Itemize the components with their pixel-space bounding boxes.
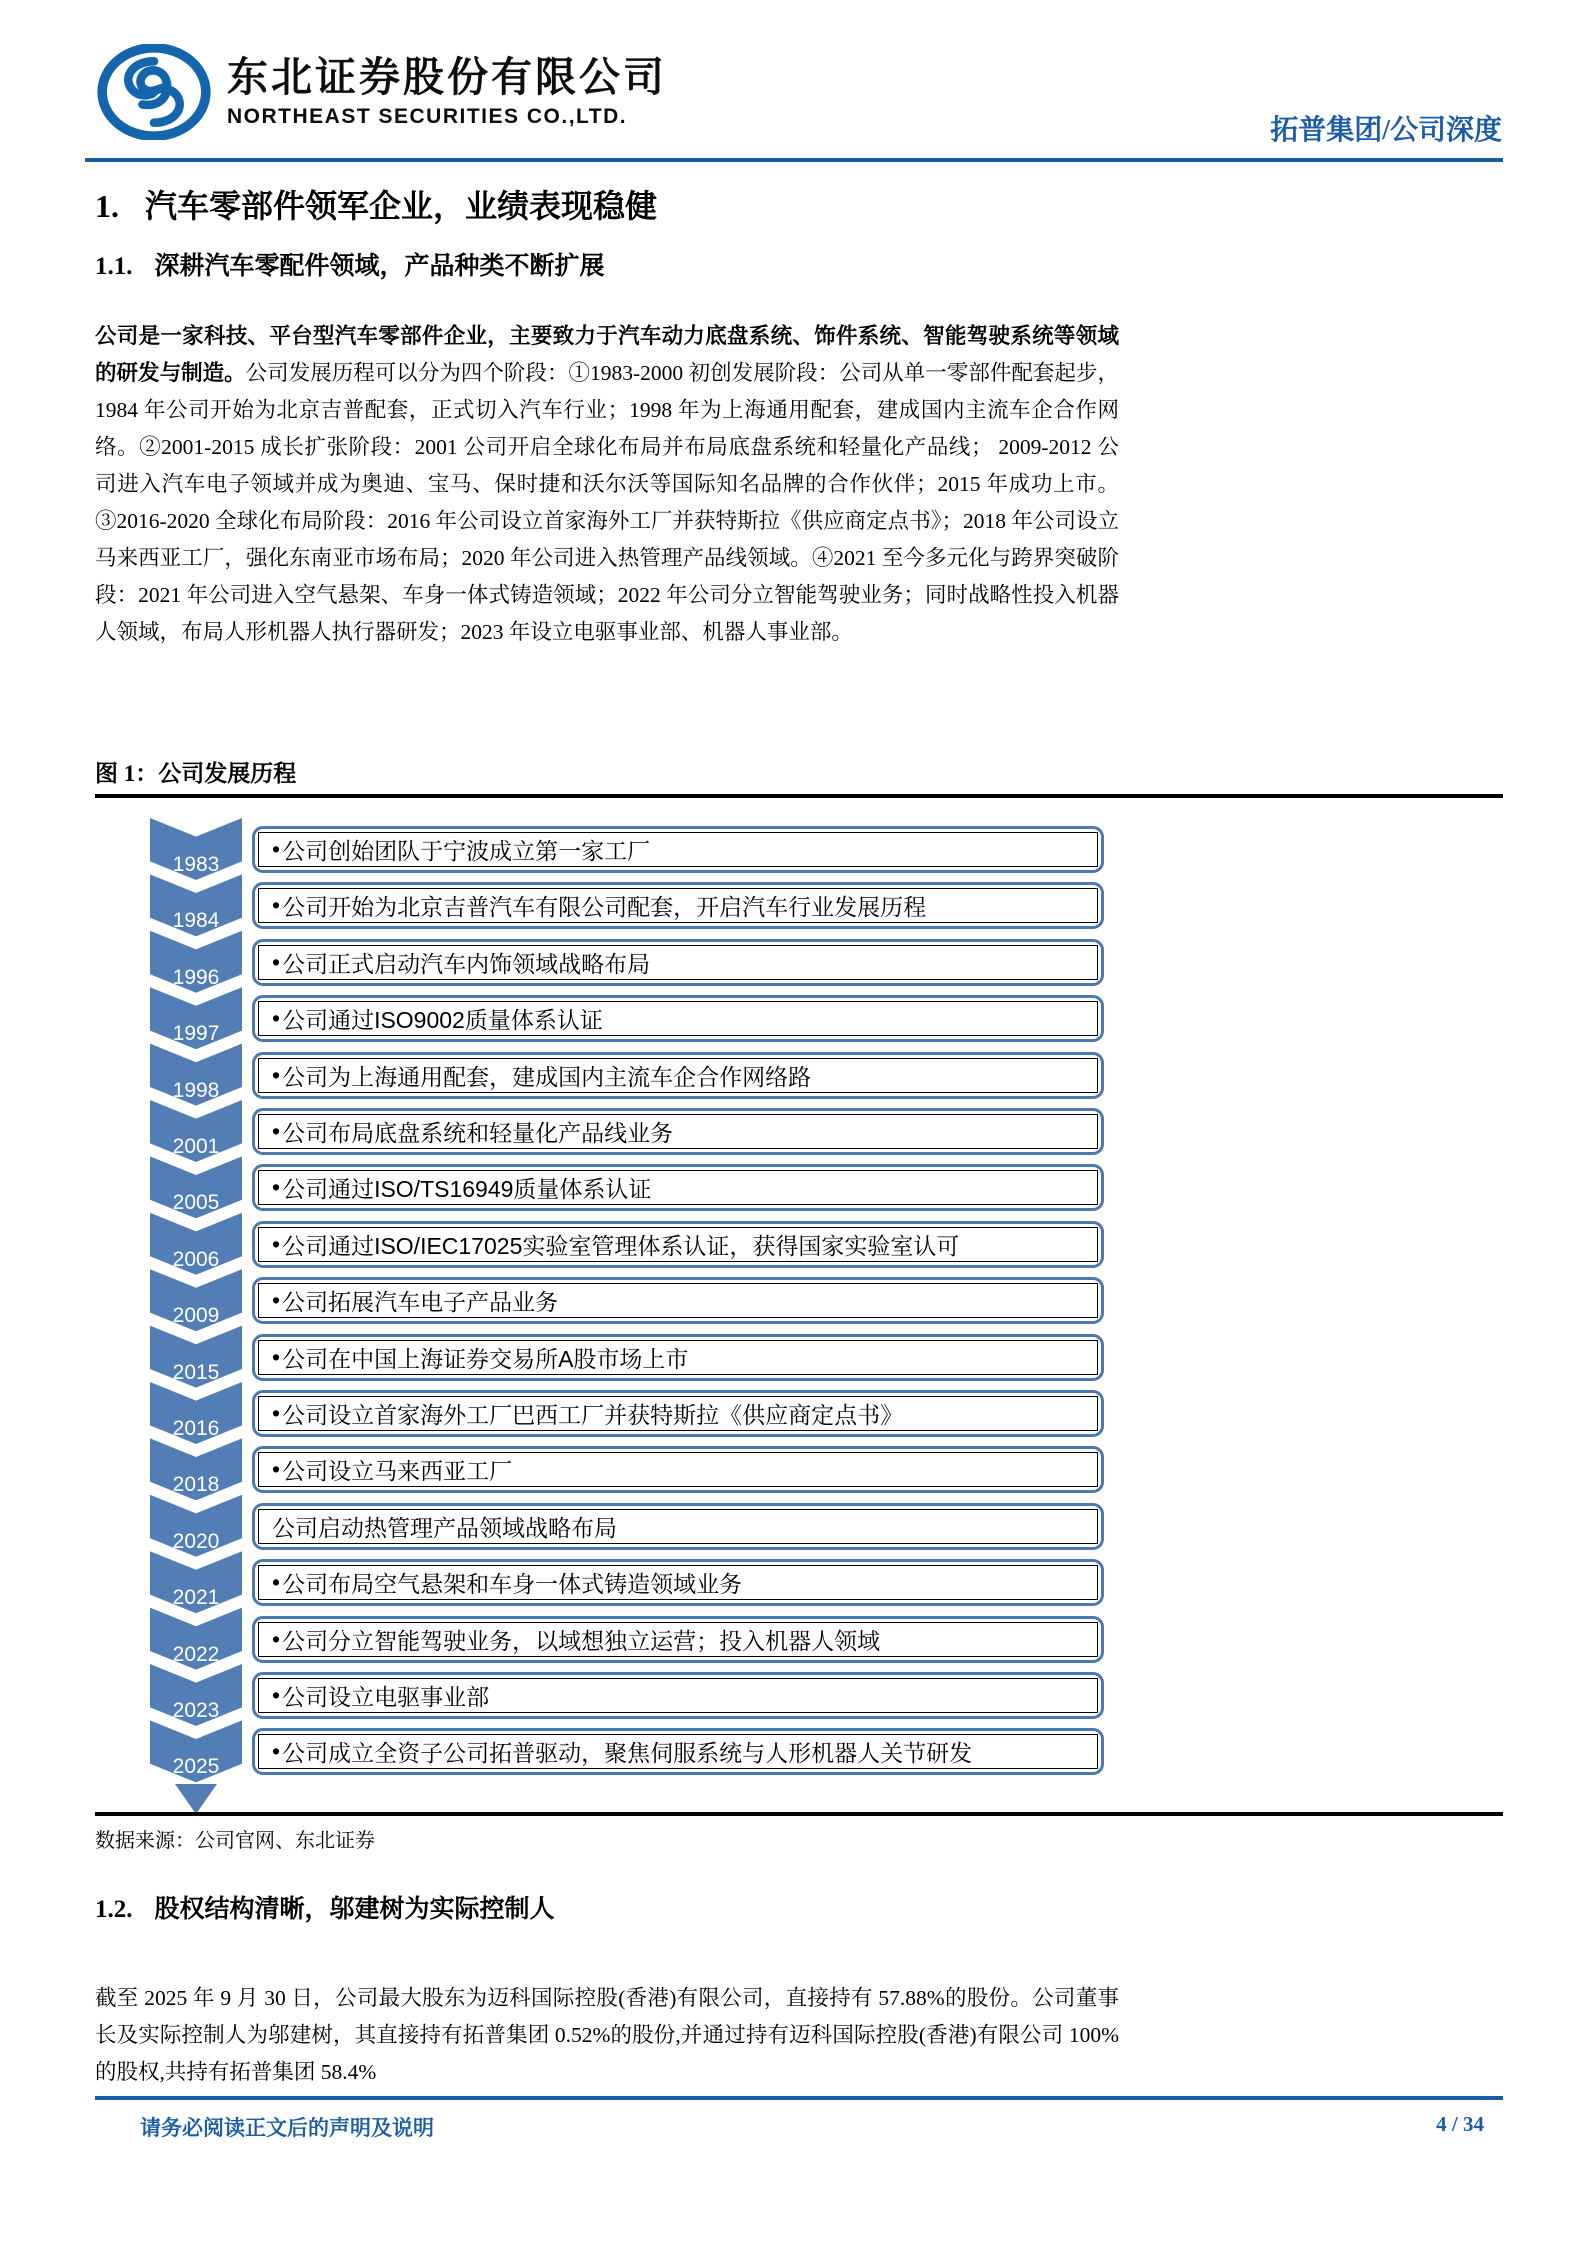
section-1-2-number: 1.2.: [95, 1896, 133, 1923]
bullet-dot: •: [272, 1344, 280, 1371]
logo-text: 东北证券股份有限公司 NORTHEAST SECURITIES CO.,LTD.: [227, 55, 667, 128]
timeline-year-chevron: 1984: [150, 874, 242, 936]
bullet-dot: •: [272, 1400, 280, 1427]
timeline-item-box: •公司为上海通用配套，建成国内主流车企合作网络路: [252, 1052, 1104, 1099]
timeline-event-label: 公司通过ISO9002质量体系认证: [282, 1002, 603, 1035]
timeline-item-box: •公司在中国上海证券交易所A股市场上市: [252, 1334, 1104, 1381]
bullet-dot: •: [272, 1626, 280, 1653]
timeline-year-chevron: 2018: [150, 1438, 242, 1500]
timeline-year-chevron: 2022: [150, 1608, 242, 1670]
report-page: 东北证券股份有限公司 NORTHEAST SECURITIES CO.,LTD.…: [0, 0, 1588, 2245]
bullet-dot: •: [272, 1287, 280, 1314]
timeline-item-box: •公司开始为北京吉普汽车有限公司配套，开启汽车行业发展历程: [252, 882, 1104, 929]
intro-paragraph: 公司是一家科技、平台型汽车零部件企业，主要致力于汽车动力底盘系统、饰件系统、智能…: [95, 318, 1119, 651]
data-source-note: 数据来源：公司官网、东北证券: [95, 1824, 375, 1853]
timeline-item-text: •公司通过ISO/TS16949质量体系认证: [258, 1170, 1098, 1205]
timeline-item-text: •公司在中国上海证券交易所A股市场上市: [258, 1340, 1098, 1375]
bullet-dot: •: [272, 892, 280, 919]
timeline-item-box: •公司布局底盘系统和轻量化产品线业务: [252, 1108, 1104, 1155]
bullet-dot: •: [272, 836, 280, 863]
timeline-year-chevron: 2023: [150, 1664, 242, 1726]
timeline-year-chevron: 1997: [150, 987, 242, 1049]
timeline-year-label: 1998: [150, 1079, 242, 1103]
bullet-dot: •: [272, 1569, 280, 1596]
timeline-year-label: 2006: [150, 1248, 242, 1272]
timeline-year-label: 2018: [150, 1473, 242, 1497]
bullet-dot: •: [272, 1738, 280, 1765]
timeline-item-text: •公司通过ISO/IEC17025实验室管理体系认证，获得国家实验室认可: [258, 1227, 1098, 1262]
timeline-year-chevron: 2009: [150, 1269, 242, 1331]
timeline-item-text: •公司布局空气悬架和车身一体式铸造领域业务: [258, 1565, 1098, 1600]
timeline-event-label: 公司设立首家海外工厂巴西工厂并获特斯拉《供应商定点书》: [282, 1397, 903, 1430]
timeline-item-text: 公司启动热管理产品领域战略布局: [258, 1509, 1098, 1544]
timeline-year-chevron: 2025: [150, 1720, 242, 1782]
timeline-item-box: •公司通过ISO9002质量体系认证: [252, 995, 1104, 1042]
company-logo: 东北证券股份有限公司 NORTHEAST SECURITIES CO.,LTD.: [95, 44, 667, 140]
timeline-item-text: •公司通过ISO9002质量体系认证: [258, 1001, 1098, 1036]
timeline-year-label: 2025: [150, 1755, 242, 1779]
timeline-event-label: 公司成立全资子公司拓普驱动，聚焦伺服系统与人形机器人关节研发: [282, 1735, 972, 1768]
timeline-item-box: •公司创始团队于宁波成立第一家工厂: [252, 826, 1104, 873]
company-name-en: NORTHEAST SECURITIES CO.,LTD.: [227, 105, 667, 129]
timeline-event-label: 公司在中国上海证券交易所A股市场上市: [282, 1341, 688, 1374]
timeline-year-chevron: 1996: [150, 931, 242, 993]
bullet-dot: •: [272, 1005, 280, 1032]
timeline-item-box: 公司启动热管理产品领域战略布局: [252, 1503, 1104, 1550]
timeline-year-chevron: 2020: [150, 1495, 242, 1557]
timeline-item-text: •公司创始团队于宁波成立第一家工厂: [258, 832, 1098, 867]
timeline-item-box: •公司通过ISO/TS16949质量体系认证: [252, 1164, 1104, 1211]
figure-bottom-divider: [95, 1812, 1503, 1816]
figure-1-caption: 图 1：公司发展历程: [95, 755, 296, 788]
timeline-event-label: 公司设立电驱事业部: [282, 1679, 489, 1712]
timeline-year-chevron: 1998: [150, 1044, 242, 1106]
timeline-year-label: 1984: [150, 909, 242, 933]
timeline-item-text: •公司正式启动汽车内饰领域战略布局: [258, 945, 1098, 980]
timeline-year-chevron: 2005: [150, 1156, 242, 1218]
timeline-item-box: •公司分立智能驾驶业务，以域想独立运营；投入机器人领域: [252, 1616, 1104, 1663]
timeline-event-label: 公司设立马来西亚工厂: [282, 1453, 512, 1486]
timeline-year-chevron: 2015: [150, 1326, 242, 1388]
timeline-event-label: 公司正式启动汽车内饰领域战略布局: [282, 946, 650, 979]
section-1-1-title: 深耕汽车零配件领域，产品种类不断扩展: [155, 253, 605, 280]
timeline-item-box: •公司通过ISO/IEC17025实验室管理体系认证，获得国家实验室认可: [252, 1221, 1104, 1268]
timeline-year-label: 2022: [150, 1643, 242, 1667]
timeline-item-box: •公司成立全资子公司拓普驱动，聚焦伺服系统与人形机器人关节研发: [252, 1728, 1104, 1775]
timeline-item-text: •公司布局底盘系统和轻量化产品线业务: [258, 1114, 1098, 1149]
figure-caption-underline: [95, 794, 1503, 798]
timeline-year-label: 2009: [150, 1304, 242, 1328]
section-1-2-title: 股权结构清晰，邬建树为实际控制人: [155, 1896, 555, 1923]
timeline-item-text: •公司成立全资子公司拓普驱动，聚焦伺服系统与人形机器人关节研发: [258, 1734, 1098, 1769]
timeline-end-arrow-icon: [175, 1784, 217, 1814]
timeline-year-label: 2021: [150, 1586, 242, 1610]
timeline-year-label: 1997: [150, 1022, 242, 1046]
development-timeline: 1983•公司创始团队于宁波成立第一家工厂1984•公司开始为北京吉普汽车有限公…: [150, 821, 1112, 1816]
timeline-item-box: •公司布局空气悬架和车身一体式铸造领域业务: [252, 1559, 1104, 1606]
bullet-dot: •: [272, 1682, 280, 1709]
timeline-year-chevron: 1983: [150, 818, 242, 880]
footer-page-number: 4 / 34: [1436, 2112, 1484, 2137]
timeline-item-text: •公司为上海通用配套，建成国内主流车企合作网络路: [258, 1058, 1098, 1093]
timeline-year-label: 2023: [150, 1699, 242, 1723]
timeline-event-label: 公司创始团队于宁波成立第一家工厂: [282, 833, 650, 866]
timeline-year-label: 1996: [150, 966, 242, 990]
logo-swirl-icon: [95, 44, 213, 140]
section-1-1-number: 1.1.: [95, 253, 133, 280]
intro-rest: 公司发展历程可以分为四个阶段：①1983-2000 初创发展阶段：公司从单一零部…: [95, 361, 1119, 644]
timeline-event-label: 公司布局空气悬架和车身一体式铸造领域业务: [282, 1566, 742, 1599]
bullet-dot: •: [272, 1231, 280, 1258]
section-1-1-heading: 1.1.深耕汽车零配件领域，产品种类不断扩展: [95, 246, 605, 282]
section-1-title: 汽车零部件领军企业，业绩表现稳健: [145, 188, 657, 224]
bullet-dot: •: [272, 1118, 280, 1145]
bullet-dot: •: [272, 1456, 280, 1483]
timeline-event-label: 公司拓展汽车电子产品业务: [282, 1284, 558, 1317]
timeline-event-label: 公司通过ISO/TS16949质量体系认证: [282, 1171, 651, 1204]
timeline-item-text: •公司拓展汽车电子产品业务: [258, 1283, 1098, 1318]
timeline-year-label: 2001: [150, 1135, 242, 1159]
timeline-year-label: 2005: [150, 1191, 242, 1215]
timeline-item-text: •公司设立首家海外工厂巴西工厂并获特斯拉《供应商定点书》: [258, 1396, 1098, 1431]
timeline-event-label: 公司分立智能驾驶业务，以域想独立运营；投入机器人领域: [282, 1623, 880, 1656]
section-1-2-heading: 1.2.股权结构清晰，邬建树为实际控制人: [95, 1889, 555, 1925]
timeline-year-label: 2015: [150, 1361, 242, 1385]
timeline-year-chevron: 2016: [150, 1382, 242, 1444]
bullet-dot: •: [272, 1174, 280, 1201]
timeline-year-chevron: 2021: [150, 1551, 242, 1613]
timeline-item-box: •公司设立电驱事业部: [252, 1672, 1104, 1719]
timeline-item-text: •公司开始为北京吉普汽车有限公司配套，开启汽车行业发展历程: [258, 888, 1098, 923]
timeline-year-chevron: 2001: [150, 1100, 242, 1162]
header-divider: [85, 158, 1503, 162]
timeline-year-label: 2016: [150, 1417, 242, 1441]
timeline-item-text: •公司设立马来西亚工厂: [258, 1452, 1098, 1487]
timeline-item-text: •公司设立电驱事业部: [258, 1678, 1098, 1713]
timeline-event-label: 公司启动热管理产品领域战略布局: [272, 1510, 617, 1543]
footer-divider: [95, 2096, 1503, 2100]
shareholding-paragraph: 截至 2025 年 9 月 30 日，公司最大股东为迈科国际控股(香港)有限公司…: [95, 1980, 1119, 2091]
timeline-event-label: 公司为上海通用配套，建成国内主流车企合作网络路: [282, 1059, 811, 1092]
bullet-dot: •: [272, 949, 280, 976]
timeline-event-label: 公司开始为北京吉普汽车有限公司配套，开启汽车行业发展历程: [282, 889, 926, 922]
timeline-year-chevron: 2006: [150, 1213, 242, 1275]
bullet-dot: •: [272, 1062, 280, 1089]
footer-disclaimer: 请务必阅读正文后的声明及说明: [140, 2112, 434, 2142]
timeline-year-label: 2020: [150, 1530, 242, 1554]
section-1-heading: 1.汽车零部件领军企业，业绩表现稳健: [95, 181, 657, 227]
company-name-cn: 东北证券股份有限公司: [227, 55, 667, 100]
timeline-event-label: 公司通过ISO/IEC17025实验室管理体系认证，获得国家实验室认可: [282, 1228, 959, 1261]
timeline-item-box: •公司设立马来西亚工厂: [252, 1446, 1104, 1493]
timeline-event-label: 公司布局底盘系统和轻量化产品线业务: [282, 1115, 673, 1148]
timeline-item-text: •公司分立智能驾驶业务，以域想独立运营；投入机器人领域: [258, 1622, 1098, 1657]
report-category-label: 拓普集团/公司深度: [1270, 108, 1502, 148]
timeline-item-box: •公司正式启动汽车内饰领域战略布局: [252, 939, 1104, 986]
timeline-item-box: •公司设立首家海外工厂巴西工厂并获特斯拉《供应商定点书》: [252, 1390, 1104, 1437]
section-1-number: 1.: [95, 188, 119, 224]
timeline-item-box: •公司拓展汽车电子产品业务: [252, 1277, 1104, 1324]
timeline-year-label: 1983: [150, 853, 242, 877]
